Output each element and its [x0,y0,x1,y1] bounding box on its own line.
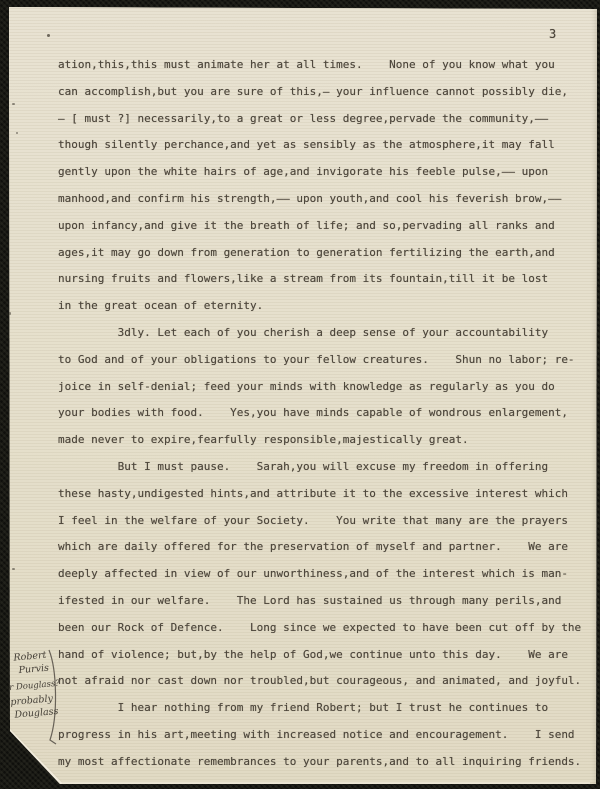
typed-line: these hasty,undigested hints,and attribu… [58,481,594,508]
letter-page: 3 ation,this,this must animate her at al… [0,0,600,789]
typed-line: been our Rock of Defence. Long since we … [58,615,594,642]
paper-speck [16,132,18,134]
typed-line: ifested in our welfare. The Lord has sus… [58,588,594,615]
typed-line: which are daily offered for the preserva… [58,534,594,561]
typed-line: in the great ocean of eternity. [58,293,594,320]
typed-line: progress in his art,meeting with increas… [58,722,594,749]
typed-line: I hear nothing from my friend Robert; bu… [58,695,594,722]
typed-line: nursing fruits and flowers,like a stream… [58,266,594,293]
typed-line: 3dly. Let each of you cherish a deep sen… [58,320,594,347]
typed-line: not afraid nor cast down nor troubled,bu… [58,668,594,695]
paper-speck [12,568,15,570]
typed-line: hand of violence; but,by the help of God… [58,642,594,669]
typed-line: though silently perchance,and yet as sen… [58,132,594,159]
typed-line: manhood,and confirm his strength,—— upon… [58,186,594,213]
paper-speck [12,103,15,105]
typed-line: ation,this,this must animate her at all … [58,52,594,79]
typed-line: your bodies with food. Yes,you have mind… [58,400,594,427]
paper-speck [47,34,50,37]
typed-line: to God and of your obligations to your f… [58,347,594,374]
typed-line: made never to expire,fearfully responsib… [58,427,594,454]
note-bracket-stroke [47,648,61,748]
typed-line: my most affectionate remembrances to you… [58,749,594,776]
typed-line: — [ must ?] necessarily,to a great or le… [58,106,594,133]
typed-line: ages,it may go down from generation to g… [58,240,594,267]
typed-line: can accomplish,but you are sure of this,… [58,79,594,106]
typed-line: joice in self-denial; feed your minds wi… [58,374,594,401]
typed-line: upon infancy,and give it the breath of l… [58,213,594,240]
page-number: 3 [549,27,556,41]
typed-line: I feel in the welfare of your Society. Y… [58,508,594,535]
letter-body: ation,this,this must animate her at all … [58,52,594,776]
typed-line: deeply affected in view of our unworthin… [58,561,594,588]
typed-line: gently upon the white hairs of age,and i… [58,159,594,186]
typed-line: But I must pause. Sarah,you will excuse … [58,454,594,481]
